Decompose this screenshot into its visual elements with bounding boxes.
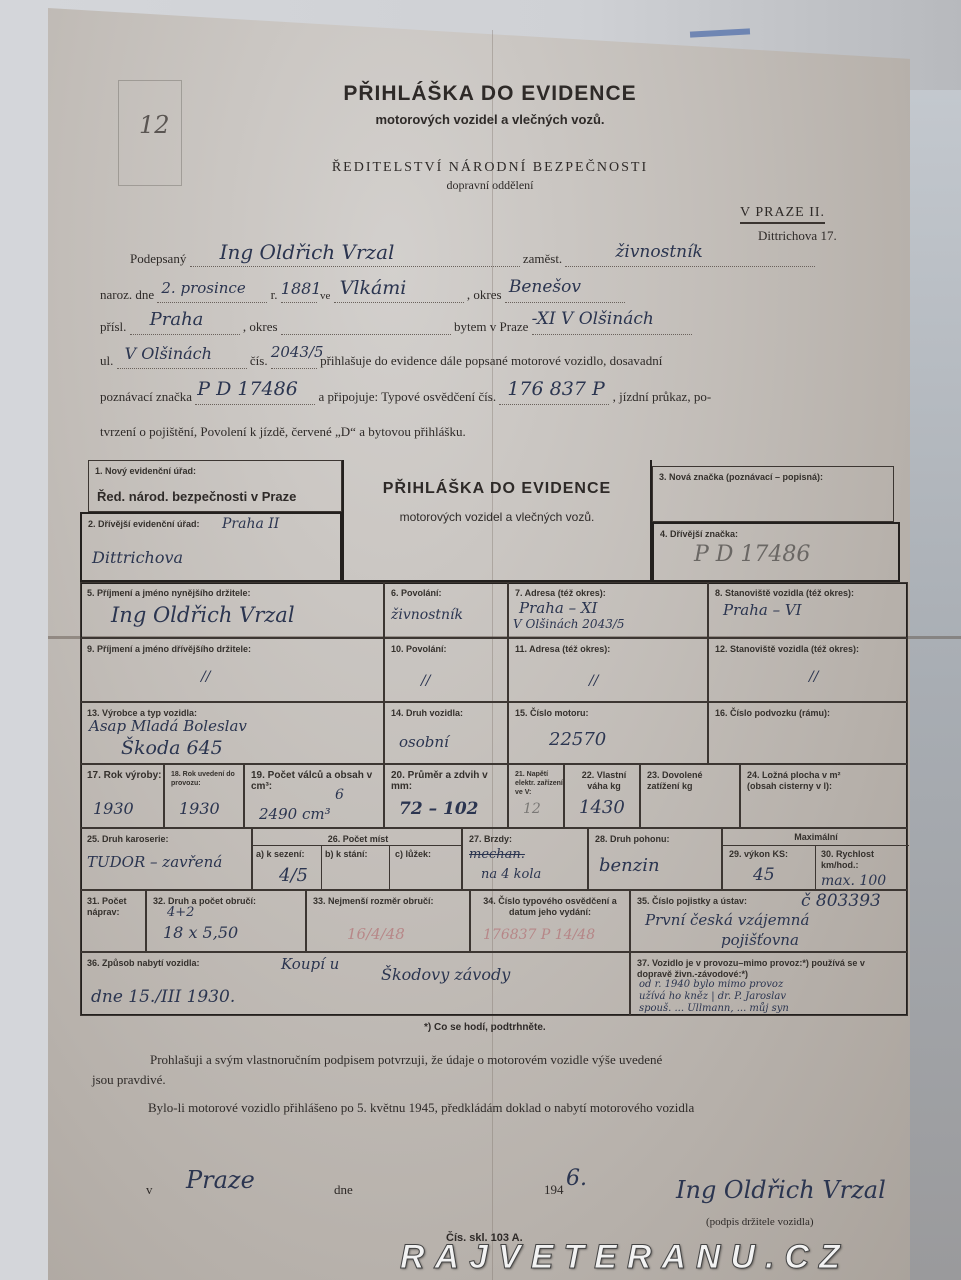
field-26c-beds: c) lůžek: [389,845,463,891]
closing-statement-1b: jsou pravdivé. [92,1072,166,1088]
field-36-label: 36. Způsob nabytí vozidla: [87,958,200,969]
field-24-label: 24. Ložná plocha v m² (obsah cisterny v … [747,770,847,792]
field-13-value-2: Škoda 645 [121,737,223,759]
field-26a-value: 4/5 [279,865,308,886]
year-prefix: 194 [544,1182,564,1198]
field-32-tires: 32. Druh a počet obručí: 4+2 18 x 5,50 [146,890,306,952]
residence-label: bytem v Praze [454,319,528,334]
field-18-year-in-service: 18. Rok uvedení do provozu: 1930 [164,764,244,828]
field-23-label: 23. Dovolené zatížení kg [647,770,717,792]
field-18-value: 1930 [179,799,220,818]
field-27-label: 27. Brzdy: [469,834,512,845]
field-22-weight: 22. Vlastní váha kg 1430 [564,764,640,828]
district-field: Benešov [505,286,625,303]
field-20-value: 72 – 102 [399,799,478,819]
year-field: 1881 [281,286,317,303]
field-34-value: 176837 P 14/48 [483,927,595,943]
declaration-line-4-text: přihlašuje do evidence dále popsané moto… [320,353,662,368]
field-24-cargo-area: 24. Ložná plocha v m² (obsah cisterny v … [740,764,908,828]
residence-field: -XI V Olšinách [532,318,692,335]
field-35-label: 35. Číslo pojistky a ústav: [637,896,747,907]
maximum-label: Maximální [723,832,909,843]
residence-value: -XI V Olšinách [532,309,654,329]
employment-label: zaměst. [523,251,562,266]
holder-signature: Ing Oldřich Vrzal [676,1176,886,1204]
field-14-vehicle-kind: 14. Druh vozidla: osobní [384,702,508,764]
document-title: PŘIHLÁŠKA DO EVIDENCE [180,82,800,106]
field-7-value-2: V Olšinách 2043/5 [513,617,625,631]
field-7-address: 7. Adresa (též okres): Praha – XI V Olši… [508,582,708,638]
field-27-brakes: 27. Brzdy: mechan. na 4 kola [462,828,588,890]
declaration-line-5-tail: , jízdní průkaz, po- [613,389,712,404]
field-29-power: 29. výkon KS: 45 [723,845,816,891]
city-heading: V PRAZE II. [740,205,825,224]
field-25-label: 25. Druh karoserie: [87,834,169,845]
field-5-value: Ing Oldřich Vrzal [111,603,295,627]
field-30-label: 30. Rychlost km/hod.: [821,849,901,871]
employment-field: živnostník [565,250,815,267]
street-address: Dittrichova 17. [758,228,837,244]
signed-label: Podepsaný [130,251,186,266]
field-6-label: 6. Povolání: [391,588,442,599]
field-31-axles: 31. Počet náprav: [80,890,146,952]
field-11-address: 11. Adresa (též okres): // [508,638,708,702]
citizenship-field: Praha [130,318,240,335]
field-28-fuel: 28. Druh pohonu: benzin [588,828,722,890]
field-12-vehicle-location: 12. Stanoviště vozidla (též okres): // [708,638,908,702]
district2-field [281,318,451,335]
field-13-make-type: 13. Výrobce a typ vozidla: Asap Mladá Bo… [80,702,384,764]
number-field: 2043/5 [271,352,317,369]
field-36-value-2: Škodovy závody [381,965,510,984]
field-34-label: 34. Číslo typového osvědčení a datum jeh… [475,896,625,918]
date-label: dne [334,1182,353,1198]
field-33-label: 33. Nejmenší rozměr obručí: [313,896,443,907]
field-3-label: 3. Nová značka (poznávací – popisná): [659,472,823,483]
field-25-body-type: 25. Druh karoserie: TUDOR – zavřená [80,828,252,890]
field-27-value-2: na 4 kola [481,867,541,882]
number-value: 2043/5 [271,343,324,361]
year-label: r. [271,287,278,302]
form-footnote: *) Co se hodí, podtrhněte. [424,1022,546,1033]
attach-label: a připojuje: Typové osvědčení čís. [319,389,497,404]
form-center-title-box: PŘIHLÁŠKA DO EVIDENCE motorových vozidel… [342,460,652,582]
field-16-chassis-number: 16. Číslo podvozku (rámu): [708,702,908,764]
field-9-label: 9. Příjmení a jméno dřívějšího držitele: [87,644,251,655]
employment-value: živnostník [615,242,702,262]
field-26b-standing: b) k stání: [321,845,390,891]
field-27-value: mechan. [469,847,525,862]
number-label: čís. [250,353,268,368]
field-4-label: 4. Dřívější značka: [660,529,738,540]
field-28-value: benzin [599,855,660,876]
field-35-value-2: První česká vzájemná [645,911,809,929]
field-19-value: 6 [335,787,344,803]
field-18-label: 18. Rok uvedení do provozu: [171,770,241,788]
field-7-value: Praha – XI [519,599,597,617]
field-15-value: 22570 [549,729,606,750]
street-value: V Olšinách [125,344,212,363]
closing-statement-2: Bylo-li motorové vozidlo přihlášeno po 5… [148,1100,908,1116]
plate-field: P D 17486 [195,388,315,405]
field-15-engine-number: 15. Číslo motoru: 22570 [508,702,708,764]
declaration-line-2: naroz. dne 2. prosince r. 1881 ve Vlkámi… [100,286,880,310]
field-35-value: č 803393 [801,891,881,911]
watermark-logo: RAJVETERANU.CZ [400,1238,850,1277]
field-26c-label: c) lůžek: [395,849,431,860]
district2-label: , okres [243,319,278,334]
field-10-occupation: 10. Povolání: // [384,638,508,702]
field-6-value: živnostník [391,607,463,623]
place-label: v [146,1182,153,1198]
field-11-label: 11. Adresa (též okres): [515,644,610,655]
field-5-label: 5. Příjmení a jméno nynějšího držitele: [87,588,251,599]
in-label: ve [320,290,330,302]
field-22-label: 22. Vlastní váha kg [571,770,637,792]
signed-field: Ing Oldřich Vrzal [190,250,520,267]
field-2-label: 2. Dřívější evidenční úřad: [88,519,200,530]
field-33-min-tire-size: 33. Nejmenší rozměr obručí: 16/4/48 [306,890,470,952]
declaration-line-3: přísl. Praha , okres bytem v Praze -XI V… [100,318,880,342]
field-3-new-plate: 3. Nová značka (poznávací – popisná): [652,466,894,522]
field-26b-label: b) k stání: [325,849,368,860]
street-field: V Olšinách [117,352,247,369]
field-36-value: Koupí u [281,955,339,973]
field-36-value-3: dne 15./III 1930. [91,987,235,1007]
form-center-subtitle: motorových vozidel a vlečných vozů. [344,510,650,524]
field-20-bore-stroke: 20. Průměr a zdvih v mm: 72 – 102 [384,764,508,828]
stamp-number: 12 [139,111,170,139]
field-9-previous-holder: 9. Příjmení a jméno dřívějšího držitele:… [80,638,384,702]
field-25-value: TUDOR – zavřená [87,853,222,871]
field-10-value: // [421,673,430,689]
field-33-value: 16/4/48 [347,925,405,943]
document-subtitle: motorových vozidel a vlečných vozů. [180,112,800,127]
field-26-label: 26. Počet míst [253,834,463,845]
field-8-vehicle-location: 8. Stanoviště vozidla (též okres): Praha… [708,582,908,638]
field-15-label: 15. Číslo motoru: [515,708,589,719]
declaration-line-1: Podepsaný Ing Oldřich Vrzal zaměst. živn… [130,250,870,274]
signature-caption: (podpis držitele vozidla) [706,1216,814,1228]
field-19-label: 19. Počet válců a obsah v cm³: [251,770,381,792]
field-14-label: 14. Druh vozidla: [391,708,463,719]
field-2-previous-office: 2. Dřívější evidenční úřad: Praha II Dit… [80,512,342,582]
field-35-value-3: pojišťovna [721,931,799,949]
field-21-label: 21. Napětí elektr. zařízení ve V: [515,770,563,797]
authority-name: ŘEDITELSTVÍ NÁRODNÍ BEZPEČNOSTI [180,160,800,176]
citizenship-label: přísl. [100,319,126,334]
field-26-seats: 26. Počet míst a) k sezení: 4/5 b) k stá… [252,828,462,890]
field-2-value-2: Praha II [222,516,279,532]
field-30-speed: 30. Rychlost km/hod.: max. 100 [815,845,909,891]
born-value: 2. prosince [161,279,245,297]
field-30-value: max. 100 [821,873,886,889]
field-6-occupation: 6. Povolání: živnostník [384,582,508,638]
field-26a-sitting: a) k sezení: 4/5 [253,845,322,891]
field-8-value: Praha – VI [723,601,802,619]
field-4-previous-plate: 4. Dřívější značka: P D 17486 [652,522,900,582]
field-19-cylinders-displacement: 19. Počet válců a obsah v cm³: 6 2490 cm… [244,764,384,828]
field-20-label: 20. Průměr a zdvih v mm: [391,770,501,792]
birthplace-field: Vlkámi [334,286,464,303]
field-32-value-2: 18 x 5,50 [163,923,238,942]
field-14-value: osobní [399,733,449,751]
field-7-label: 7. Adresa (též okres): [515,588,606,599]
field-8-label: 8. Stanoviště vozidla (též okres): [715,588,854,599]
place-value: Praze [186,1166,255,1194]
field-31-label: 31. Počet náprav: [87,896,137,918]
field-2-value: Dittrichova [92,548,183,567]
field-17-value: 1930 [93,799,134,818]
field-12-label: 12. Stanoviště vozidla (též okres): [715,644,859,655]
born-field: 2. prosince [157,286,267,303]
birthplace-value: Vlkámi [340,277,407,299]
field-35-insurance: 35. Číslo pojistky a ústav: č 803393 Prv… [630,890,908,952]
field-17-label: 17. Rok výroby: [87,770,161,781]
type-cert-field: 176 837 P [499,388,609,405]
field-19-value-2: 2490 cm³ [259,805,331,823]
field-1-value: Řed. národ. bezpečnosti v Praze [97,489,296,504]
declaration-line-4: ul. V Olšinách čís. 2043/5 přihlašuje do… [100,352,880,376]
district-label: , okres [467,287,502,302]
field-37-value: od r. 1940 bylo mimo provoz [639,979,783,990]
field-34-type-cert: 34. Číslo typového osvědčení a datum jeh… [470,890,630,952]
field-21-voltage: 21. Napětí elektr. zařízení ve V: 12 [508,764,564,828]
field-28-label: 28. Druh pohonu: [595,834,670,845]
born-label: naroz. dne [100,287,154,302]
field-37-operation-status: 37. Vozidlo je v provozu–mimo provoz:*) … [630,952,908,1016]
field-37-value-2: užívá ho kněz | dr. P. Jaroslav [639,991,786,1002]
field-17-year-built: 17. Rok výroby: 1930 [80,764,164,828]
department-name: dopravní oddělení [180,178,800,193]
field-12-value: // [809,669,818,685]
citizenship-value: Praha [150,309,204,330]
year-value: 1881 [281,279,322,298]
field-23-permitted-load: 23. Dovolené zatížení kg [640,764,740,828]
field-5-current-holder: 5. Příjmení a jméno nynějšího držitele: … [80,582,384,638]
field-16-label: 16. Číslo podvozku (rámu): [715,708,830,719]
plate-label: poznávací značka [100,389,192,404]
field-1-new-office: 1. Nový evidenční úřad: Řed. národ. bezp… [88,460,342,512]
field-9-value: // [201,669,210,685]
field-29-label: 29. výkon KS: [729,849,788,860]
field-29-value: 45 [753,865,775,885]
registration-form-table: 1. Nový evidenční úřad: Řed. národ. bezp… [78,460,914,1016]
field-10-label: 10. Povolání: [391,644,447,655]
declaration-line-6: tvrzení o pojištění, Povolení k jízdě, č… [100,424,880,440]
field-1-label: 1. Nový evidenční úřad: [95,466,196,477]
type-cert-value: 176 837 P [507,378,604,400]
field-37-value-3: spouš. ... Ullmann, ... můj syn [639,1003,789,1014]
field-13-value: Asap Mladá Boleslav [89,717,247,735]
declaration-line-5: poznávací značka P D 17486 a připojuje: … [100,388,880,412]
field-4-value: P D 17486 [694,542,810,567]
field-11-value: // [589,673,598,689]
form-center-title: PŘIHLÁŠKA DO EVIDENCE [344,480,650,498]
closing-statement-1: Prohlašuji a svým vlastnoručním podpisem… [150,1052,910,1068]
field-26a-label: a) k sezení: [256,849,305,860]
field-22-value: 1430 [579,797,625,818]
field-29-30-maximum: Maximální 29. výkon KS: 45 30. Rychlost … [722,828,908,890]
field-21-value: 12 [523,801,541,817]
year-suffix: 6. [566,1166,587,1191]
signed-value: Ing Oldřich Vrzal [220,240,395,264]
district-value: Benešov [509,277,581,297]
field-32-value: 4+2 [167,905,194,920]
street-label: ul. [100,353,113,368]
stamp-box: 12 [118,80,182,186]
field-36-acquisition: 36. Způsob nabytí vozidla: Koupí u Škodo… [80,952,630,1016]
field-37-label: 37. Vozidlo je v provozu–mimo provoz:*) … [637,958,887,980]
plate-value: P D 17486 [197,378,298,400]
